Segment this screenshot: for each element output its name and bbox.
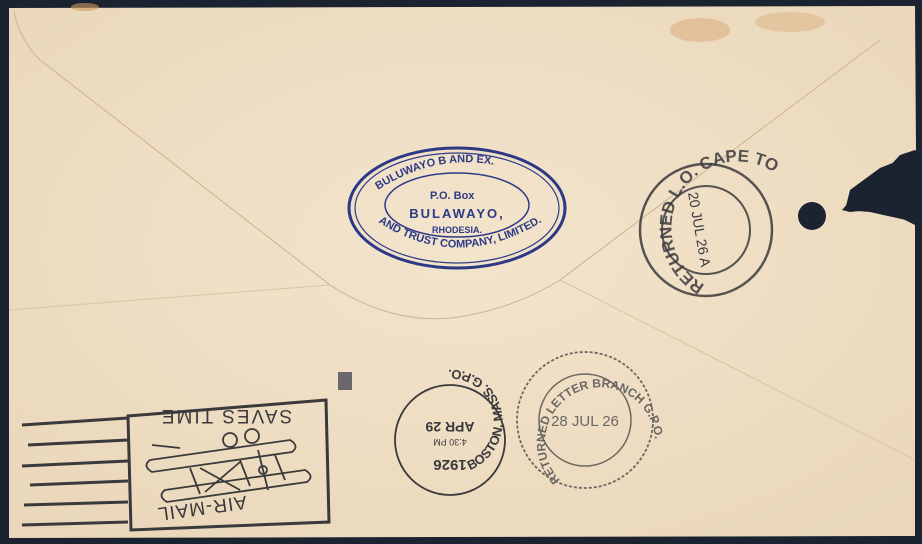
slogan-line1: SAVES TIME [160, 405, 292, 426]
cachet-line3: RHODESIA. [432, 225, 482, 235]
cachet-line2: BULAWAYO, [409, 206, 505, 221]
ink-smudge [338, 372, 352, 390]
cachet-line1: P.O. Box [430, 190, 475, 202]
boston-date: APR 29 [425, 419, 474, 435]
punch-hole [798, 202, 826, 230]
boston-time: 4:30 PM [433, 437, 467, 447]
boston-year: 1926 [433, 456, 466, 473]
envelope-photo: BULUWAYO B AND EX. AND TRUST COMPANY, LI… [0, 0, 922, 544]
salisbury-date: 28 JUL 26 [551, 413, 619, 430]
